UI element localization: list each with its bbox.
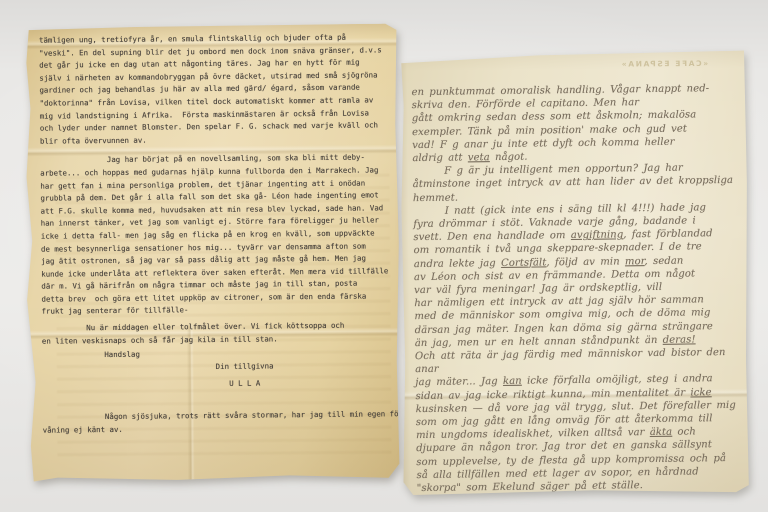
photo-background: { "palette":{ "background_gray":"#e9e8e6… (0, 0, 768, 512)
typed-letter-text: tämligen ung, tretiofyra år, en smula fl… (39, 31, 397, 437)
text-line: Din tillgivna (42, 359, 396, 375)
typed-letter-page: tämligen ung, tretiofyra år, en smula fl… (26, 25, 400, 481)
handwritten-letter-page: «CAFE ESPANA» en punktummat omoralisk ha… (401, 52, 748, 494)
paper-edge-shadow (399, 53, 411, 495)
typed-letter-paper: tämligen ung, tretiofyra år, en smula fl… (24, 24, 402, 483)
handwritten-letter-paper: «CAFE ESPANA» en punktummat omoralisk ha… (399, 50, 750, 495)
text-line: blir ofta övervunnen av. (40, 132, 394, 148)
letterhead-cafe-espana: «CAFE ESPANA» (620, 59, 708, 69)
text-line: en liten veskisnaps och så får jag kila … (42, 332, 396, 348)
text-line: frukt jag senterar för tillfälle- (42, 303, 396, 319)
handwritten-letter-text: en punktummat omoralisk handling. Vågar … (411, 82, 744, 496)
text-line: U L L A (42, 377, 396, 393)
